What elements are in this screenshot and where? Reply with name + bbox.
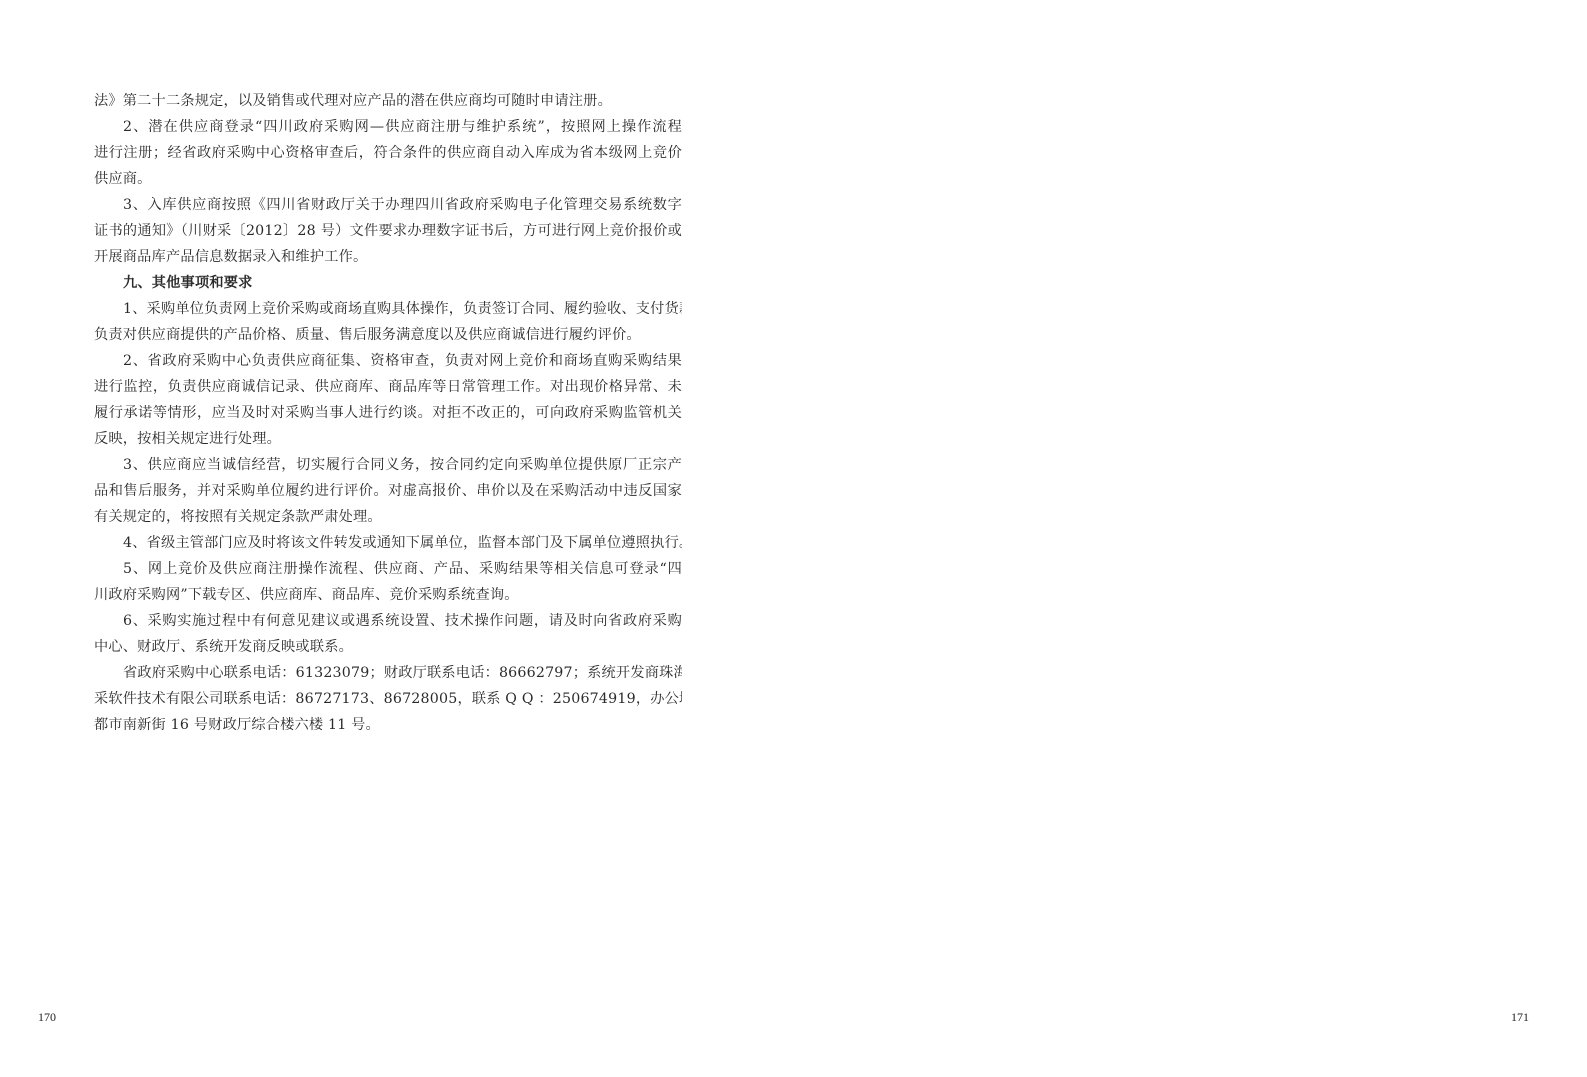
text-line: 有关规定的，将按照有关规定条款严肃处理。 xyxy=(94,504,682,530)
page-number-right: 171 xyxy=(1511,1010,1529,1025)
text-line: 供应商。 xyxy=(94,166,682,192)
text-line: 6、采购实施过程中有何意见建议或遇系统设置、技术操作问题，请及时向省政府采购 xyxy=(94,608,682,634)
text-line: 进行监控，负责供应商诚信记录、供应商库、商品库等日常管理工作。对出现价格异常、未 xyxy=(94,374,682,400)
text-line: 履行承诺等情形，应当及时对采购当事人进行约谈。对拒不改正的，可向政府采购监管机关 xyxy=(94,400,682,426)
text-line: 3、供应商应当诚信经营，切实履行合同义务，按合同约定向采购单位提供原厂正宗产 xyxy=(94,452,682,478)
text-line: 反映，按相关规定进行处理。 xyxy=(94,426,682,452)
text-line: 川政府采购网”下载专区、供应商库、商品库、竞价采购系统查询。 xyxy=(94,582,682,608)
left-page-body: 法》第二十二条规定，以及销售或代理对应产品的潜在供应商均可随时申请注册。2、潜在… xyxy=(94,88,682,738)
text-line: 品和售后服务，并对采购单位履约进行评价。对虚高报价、串价以及在采购活动中违反国家 xyxy=(94,478,682,504)
text-line: 1、采购单位负责网上竞价采购或商场直购具体操作，负责签订合同、履约验收、支付货款… xyxy=(94,296,682,322)
text-line: 中心、财政厅、系统开发商反映或联系。 xyxy=(94,634,682,660)
text-line: 5、网上竞价及供应商注册操作流程、供应商、产品、采购结果等相关信息可登录“四 xyxy=(94,556,682,582)
text-line: 开展商品库产品信息数据录入和维护工作。 xyxy=(94,244,682,270)
right-page: 四川省财政厅关于进一步规范省级政府采购网上竞价采购和商场直 购有关事项的通知 川… xyxy=(793,0,1587,1077)
text-line: 4、省级主管部门应及时将该文件转发或通知下属单位，监督本部门及下属单位遵照执行。 xyxy=(94,530,682,556)
text-line: 2、潜在供应商登录“四川政府采购网—供应商注册与维护系统”，按照网上操作流程 xyxy=(94,114,682,140)
text-line: 进行注册；经省政府采购中心资格审查后，符合条件的供应商自动入库成为省本级网上竞价 xyxy=(94,140,682,166)
page-number-left: 170 xyxy=(38,1010,56,1025)
text-line: 负责对供应商提供的产品价格、质量、售后服务满意度以及供应商诚信进行履约评价。 xyxy=(94,322,682,348)
text-line: 采软件技术有限公司联系电话：86727173、86728005，联系 Q Q ：… xyxy=(94,686,682,712)
text-line: 证书的通知》（川财采〔2012〕28 号）文件要求办理数字证书后，方可进行网上竞… xyxy=(94,218,682,244)
text-line: 2、省政府采购中心负责供应商征集、资格审查，负责对网上竞价和商场直购采购结果 xyxy=(94,348,682,374)
text-line: 都市南新街 16 号财政厅综合楼六楼 11 号。 xyxy=(94,712,682,738)
section-heading: 九、其他事项和要求 xyxy=(94,270,682,296)
left-page: 法》第二十二条规定，以及销售或代理对应产品的潜在供应商均可随时申请注册。2、潜在… xyxy=(0,0,793,1077)
text-line: 法》第二十二条规定，以及销售或代理对应产品的潜在供应商均可随时申请注册。 xyxy=(94,88,682,114)
text-line: 3、入库供应商按照《四川省财政厅关于办理四川省政府采购电子化管理交易系统数字 xyxy=(94,192,682,218)
text-line: 省政府采购中心联系电话：61323079；财政厅联系电话：86662797；系统… xyxy=(94,660,682,686)
